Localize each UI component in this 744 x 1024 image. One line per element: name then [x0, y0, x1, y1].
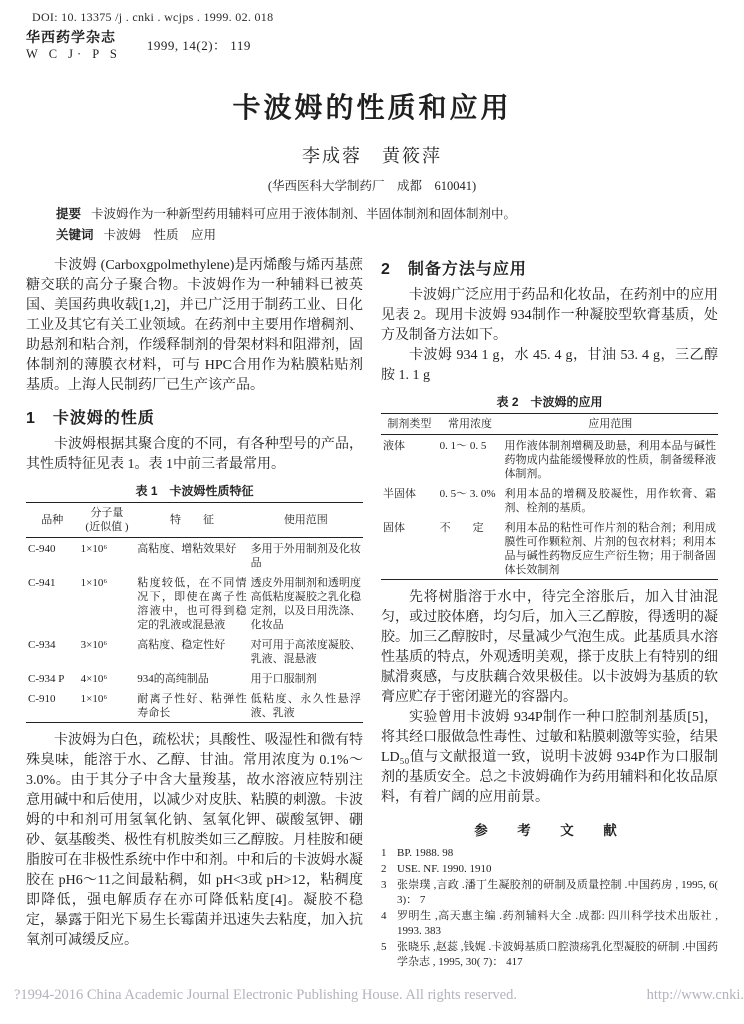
table-row: C-934 3×10⁶ 高粘度、稳定性好 对可用于高浓度凝胶、乳液、混悬液	[26, 634, 363, 668]
cell-molecular-weight: 1×10⁶	[79, 538, 136, 573]
table-row: 液体 0. 1～ 0. 5 用作液体制剂增稠及助悬，利用本品与碱性药物成内盐能缓…	[381, 435, 718, 484]
references-heading: 参 考 文 献	[381, 819, 718, 839]
cell-variety: C-940	[26, 538, 79, 573]
scanned-paper-page: DOI: 10. 13375 /j . cnki . wcjps . 1999.…	[0, 0, 744, 1024]
table2-applications: 制剂类型 常用浓度 应用范围 液体 0. 1～ 0. 5 用作液体制剂增稠及助悬…	[381, 413, 718, 580]
keywords-row: 关键词卡波姆 性质 应用	[56, 227, 690, 244]
table2-header: 制剂类型 常用浓度 应用范围	[381, 414, 718, 435]
authors: 李成蓉 黄筱萍	[26, 142, 718, 168]
table1-col-usage: 使用范围	[249, 503, 363, 538]
cell-molecular-weight: 1×10⁶	[79, 688, 136, 723]
cell-variety: C-934 P	[26, 668, 79, 688]
paragraph-properties-intro: 卡波姆根据其聚合度的不同，有各种型号的产品，其性质特征见表 1。表 1中前三者最…	[26, 435, 363, 475]
table-row: C-934 P 4×10⁶ 934的高纯制品 用于口服制剂	[26, 668, 363, 688]
reference-text: USE. NF. 1990. 1910	[397, 862, 718, 877]
cell-molecular-weight: 1×10⁶	[79, 572, 136, 634]
page-header: DOI: 10. 13375 /j . cnki . wcjps . 1999.…	[26, 10, 718, 62]
journal-line: 华西药学杂志 W C J· P S 1999, 14(2)： 119	[26, 27, 718, 62]
table-row: C-910 1×10⁶ 耐离子性好、粘弹性寿命长 低粘度、永久性悬浮液、乳液	[26, 688, 363, 723]
references-list: 1 BP. 1988. 98 2 USE. NF. 1990. 1910 3 张…	[381, 846, 718, 970]
table2-body: 液体 0. 1～ 0. 5 用作液体制剂增稠及助悬，利用本品与碱性药物成内盐能缓…	[381, 435, 718, 580]
reference-number: 5	[381, 940, 397, 970]
paragraph-introduction: 卡波姆 (Carboxgpolmethylene)是丙烯酸与烯丙基蔗糖交联的高分…	[26, 256, 363, 396]
table-row: C-940 1×10⁶ 高粘度、增粘效果好 多用于外用制剂及化妆品	[26, 538, 363, 573]
journal-abbr: W C J· P S	[26, 47, 121, 62]
reference-number: 1	[381, 846, 397, 861]
cell-feature: 耐离子性好、粘弹性寿命长	[135, 688, 248, 723]
cell-usage: 多用于外用制剂及化妆品	[249, 538, 363, 573]
reference-text: 张崇璞 ,言政 .潘丁生凝胶剂的研制及质量控制 .中国药房 , 1995, 6(…	[397, 878, 718, 908]
section-1-heading: 1 卡波姆的性质	[26, 405, 363, 428]
cell-usage: 用于口服制剂	[249, 668, 363, 688]
issue-info: 1999, 14(2)： 119	[147, 35, 251, 54]
cell-usage: 透皮外用制剂和透明度高低粘度凝胶之乳化稳定剂，以及日用洗涤、化妆品	[249, 572, 363, 634]
reference-item: 4 罗明生 ,高天惠主编 .药剂辅料大全 .成都: 四川科学技术出版社 , 19…	[381, 909, 718, 939]
paragraph-application-intro: 卡波姆广泛应用于药品和化妆品，在药剂中的应用见表 2。现用卡波姆 934制作一种…	[381, 286, 718, 346]
table2-caption: 表 2 卡波姆的应用	[381, 393, 718, 410]
table2-col-usage: 应用范围	[502, 414, 718, 435]
paper-title: 卡波姆的性质和应用	[26, 86, 718, 126]
reference-number: 4	[381, 909, 397, 939]
right-column: 2 制备方法与应用 卡波姆广泛应用于药品和化妆品，在药剂中的应用见表 2。现用卡…	[381, 256, 718, 1018]
cell-concentration: 0. 5～ 3. 0%	[438, 483, 503, 517]
keywords-label: 关键词	[56, 228, 94, 242]
section-2-heading: 2 制备方法与应用	[381, 256, 718, 279]
cell-feature: 高粘度、稳定性好	[135, 634, 248, 668]
cell-type: 固体	[381, 517, 438, 580]
cell-usage: 低粘度、永久性悬浮液、乳液	[249, 688, 363, 723]
table-header-row: 制剂类型 常用浓度 应用范围	[381, 414, 718, 435]
reference-text: 张晓乐 ,赵蕊 ,钱娓 .卡波姆基质口腔溃疡乳化型凝胶的研制 .中国药学杂志 ,…	[397, 940, 718, 970]
paragraph-safety: 实验曾用卡波姆 934P制作一种口腔制剂基质[5]，将其经口服做急性毒性、过敏和…	[381, 708, 718, 808]
table-header-row: 品种 分子量 (近似值 ) 特 征 使用范围	[26, 503, 363, 538]
doi-text: DOI: 10. 13375 /j . cnki . wcjps . 1999.…	[26, 10, 718, 25]
reference-item: 3 张崇璞 ,言政 .潘丁生凝胶剂的研制及质量控制 .中国药房 , 1995, …	[381, 878, 718, 908]
cell-feature: 高粘度、增粘效果好	[135, 538, 248, 573]
cell-feature: 粘度较低，在不同情况下，即使在离子性溶液中，也可得到稳定的乳液或混悬液	[135, 572, 248, 634]
cell-feature: 934的高纯制品	[135, 668, 248, 688]
affiliation: (华西医科大学制药厂 成都 610041)	[26, 176, 718, 194]
table1-col-variety: 品种	[26, 503, 79, 538]
cell-concentration: 0. 1～ 0. 5	[438, 435, 503, 484]
abstract-row: 提要卡波姆作为一种新型药用辅料可应用于液体制剂、半固体制剂和固体制剂中。	[56, 206, 690, 223]
reference-item: 2 USE. NF. 1990. 1910	[381, 862, 718, 877]
reference-text: BP. 1988. 98	[397, 846, 718, 861]
two-column-body: 卡波姆 (Carboxgpolmethylene)是丙烯酸与烯丙基蔗糖交联的高分…	[26, 256, 718, 1018]
cell-molecular-weight: 3×10⁶	[79, 634, 136, 668]
table2-col-type: 制剂类型	[381, 414, 438, 435]
table-row: 半固体 0. 5～ 3. 0% 利用本品的增稠及胶凝性，用作软膏、霜剂、栓剂的基…	[381, 483, 718, 517]
table2-col-concentration: 常用浓度	[438, 414, 503, 435]
table1-body: C-940 1×10⁶ 高粘度、增粘效果好 多用于外用制剂及化妆品 C-941 …	[26, 538, 363, 723]
table1-col-molecular-weight: 分子量 (近似值 )	[79, 503, 136, 538]
footer-copyright: ?1994-2016 China Academic Journal Electr…	[14, 987, 517, 1004]
cell-usage: 用作液体制剂增稠及助悬，利用本品与碱性药物成内盐能缓慢释放的性质，制备缓释液体制…	[502, 435, 718, 484]
paragraph-properties-detail: 卡波姆为白色，疏松状；具酸性、吸湿性和微有特殊臭味，能溶于水、乙醇、甘油。常用浓…	[26, 731, 363, 951]
cell-usage: 利用本品的增稠及胶凝性，用作软膏、霜剂、栓剂的基质。	[502, 483, 718, 517]
cell-type: 半固体	[381, 483, 438, 517]
reference-item: 1 BP. 1988. 98	[381, 846, 718, 861]
cell-variety: C-941	[26, 572, 79, 634]
journal-names: 华西药学杂志 W C J· P S	[26, 27, 121, 62]
cell-molecular-weight: 4×10⁶	[79, 668, 136, 688]
abstract-label: 提要	[56, 207, 81, 221]
reference-text: 罗明生 ,高天惠主编 .药剂辅料大全 .成都: 四川科学技术出版社 , 1993…	[397, 909, 718, 939]
table-row: C-941 1×10⁶ 粘度较低，在不同情况下，即使在离子性溶液中，也可得到稳定…	[26, 572, 363, 634]
cell-usage: 对可用于高浓度凝胶、乳液、混悬液	[249, 634, 363, 668]
table-row: 固体 不 定 利用本品的粘性可作片剂的粘合剂；利用成膜性可作颗粒剂、片剂的包衣材…	[381, 517, 718, 580]
cell-variety: C-910	[26, 688, 79, 723]
page-footer: ?1994-2016 China Academic Journal Electr…	[14, 987, 744, 1004]
reference-number: 2	[381, 862, 397, 877]
cell-type: 液体	[381, 435, 438, 484]
reference-item: 5 张晓乐 ,赵蕊 ,钱娓 .卡波姆基质口腔溃疡乳化型凝胶的研制 .中国药学杂志…	[381, 940, 718, 970]
cell-usage: 利用本品的粘性可作片剂的粘合剂；利用成膜性可作颗粒剂、片剂的包衣材料；利用本品与…	[502, 517, 718, 580]
abstract-text: 卡波姆作为一种新型药用辅料可应用于液体制剂、半固体制剂和固体制剂中。	[91, 207, 516, 221]
cell-variety: C-934	[26, 634, 79, 668]
table1-header: 品种 分子量 (近似值 ) 特 征 使用范围	[26, 503, 363, 538]
left-column: 卡波姆 (Carboxgpolmethylene)是丙烯酸与烯丙基蔗糖交联的高分…	[26, 256, 363, 1018]
table1-properties: 品种 分子量 (近似值 ) 特 征 使用范围 C-940 1×10⁶ 高粘度、增…	[26, 502, 363, 723]
table1-col-feature: 特 征	[135, 503, 248, 538]
paragraph-formula: 卡波姆 934 1 g，水 45. 4 g，甘油 53. 4 g，三乙醇胺 1.…	[381, 346, 718, 386]
cell-concentration: 不 定	[438, 517, 503, 580]
keywords-text: 卡波姆 性质 应用	[104, 228, 217, 242]
paragraph-preparation: 先将树脂溶于水中，待完全溶胀后，加入甘油混匀，或过胶体磨，均匀后，加入三乙醇胺，…	[381, 588, 718, 708]
table1-caption: 表 1 卡波姆性质特征	[26, 482, 363, 499]
footer-url: http://www.cnki.	[647, 987, 744, 1004]
journal-name-cn: 华西药学杂志	[26, 27, 121, 47]
reference-number: 3	[381, 878, 397, 908]
